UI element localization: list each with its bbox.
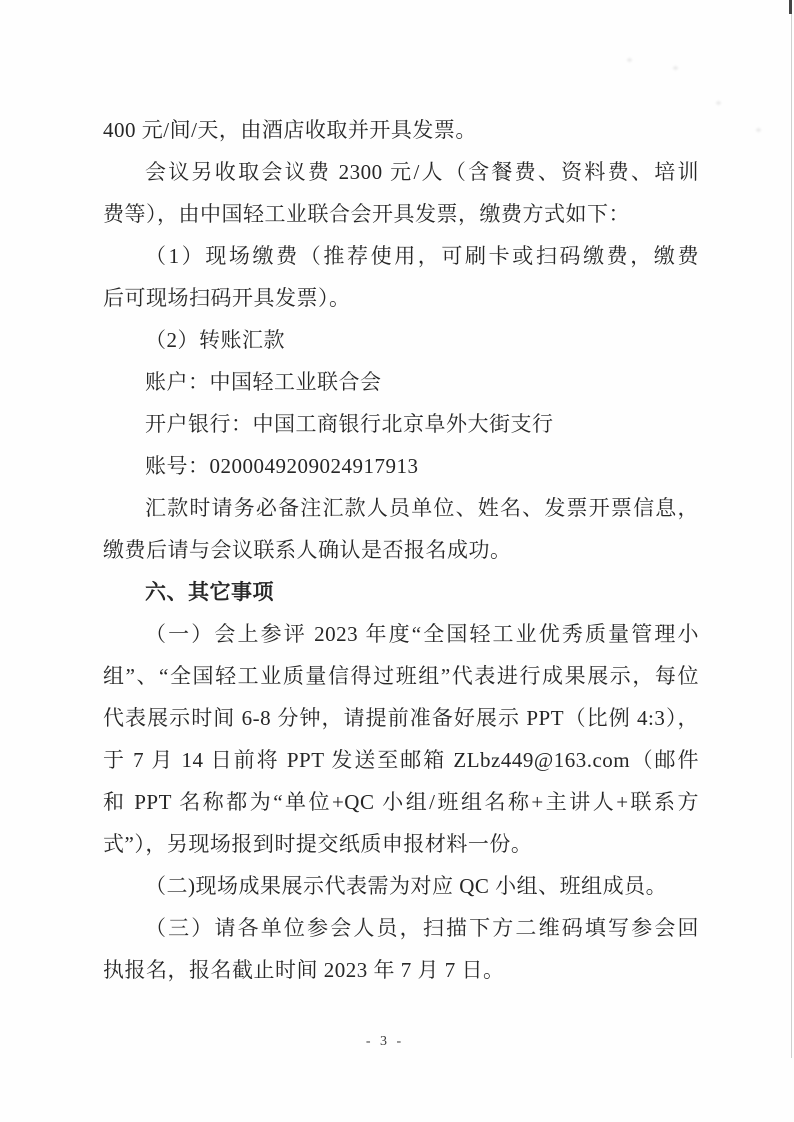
conference-fee-line: 会议另收取会议费 2300 元/人（含餐费、资料费、培训 [103,151,699,193]
item-1-line-2: 组”、“全国轻工业质量信得过班组”代表进行成果展示，每位 [103,655,699,697]
scan-speck [756,128,761,132]
account-number-line: 账号：0200049209024917913 [103,445,699,487]
page-number: - 3 - [0,1034,770,1050]
payment-onsite-line: （1）现场缴费（推荐使用，可刷卡或扫码缴费，缴费 [103,235,699,277]
remittance-note-line: 汇款时请务必备注汇款人员单位、姓名、发票开票信息， [103,487,699,529]
item-1-line-3: 代表展示时间 6-8 分钟，请提前准备好展示 PPT（比例 4:3）， [103,697,699,739]
payment-onsite-line-2: 后可现场扫码开具发票）。 [103,277,699,319]
item-1-line-5: 和 PPT 名称都为“单位+QC 小组/班组名称+主讲人+联系方 [103,781,699,823]
hotel-fee-line: 400 元/间/天，由酒店收取并开具发票。 [103,109,699,151]
payment-transfer-line: （2）转账汇款 [103,319,699,361]
scan-speck [627,58,632,62]
item-3-line-2: 执报名，报名截止时间 2023 年 7 月 7 日。 [103,949,699,991]
scan-edge-tick [789,0,792,14]
item-1-line: （一）会上参评 2023 年度“全国轻工业优秀质量管理小 [103,613,699,655]
item-2-line: （二)现场成果展示代表需为对应 QC 小组、班组成员。 [103,865,699,907]
scan-edge-line [791,0,792,1058]
item-3-line: （三）请各单位参会人员，扫描下方二维码填写参会回 [103,907,699,949]
scanned-document-page: 400 元/间/天，由酒店收取并开具发票。会议另收取会议费 2300 元/人（含… [0,0,794,1122]
item-1-line-6: 式”），另现场报到时提交纸质申报材料一份。 [103,823,699,865]
account-name-line: 账户：中国轻工业联合会 [103,361,699,403]
bank-name-line: 开户银行：中国工商银行北京阜外大街支行 [103,403,699,445]
remittance-note-line-2: 缴费后请与会议联系人确认是否报名成功。 [103,529,699,571]
conference-fee-line-2: 费等），由中国轻工业联合会开具发票，缴费方式如下： [103,193,699,235]
scan-speck [673,66,678,70]
section-heading-other-matters: 六、其它事项 [103,571,699,613]
document-body: 400 元/间/天，由酒店收取并开具发票。会议另收取会议费 2300 元/人（含… [103,109,699,991]
item-1-line-4: 于 7 月 14 日前将 PPT 发送至邮箱 ZLbz449@163.com（邮… [103,739,699,781]
scan-speck [716,101,721,105]
